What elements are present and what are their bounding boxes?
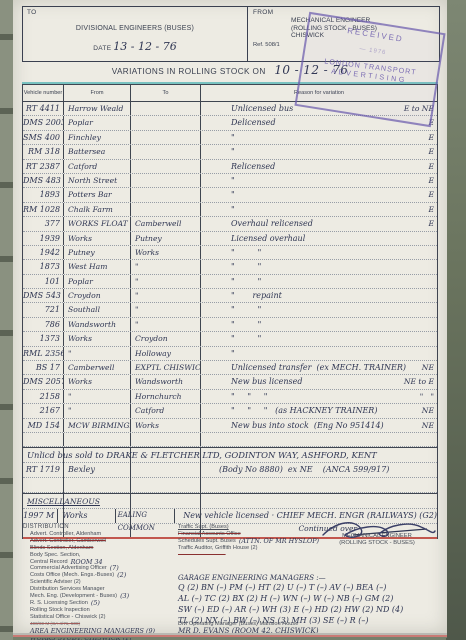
cell-licence-code	[434, 303, 437, 316]
signature-block: MECHANICAL ENGINEER (ROLLING STOCK - BUS…	[317, 533, 437, 546]
cell-from: Catford	[64, 160, 131, 173]
col-header-to: To	[131, 85, 201, 101]
table-row: 721 Southall " " "	[23, 303, 437, 317]
distribution-items: Advert. Controller, Aldenham Advert. Con…	[23, 531, 175, 640]
table-row: DMS 483 North Street " E	[23, 174, 437, 188]
cell-vehicle: RM 1028	[23, 203, 64, 216]
document-page: TO DIVISIONAL ENGINEERS (BUSES) DATE 13 …	[13, 0, 447, 633]
from-label: FROM	[253, 9, 434, 16]
sold-row: RT 1719 Bexley (Body No 8880) ex NE (ANC…	[23, 463, 437, 478]
col-header-from: From	[64, 85, 131, 101]
list-item-handwritten-note: ROOM 34	[71, 559, 103, 566]
cell-licence-code	[434, 289, 437, 302]
cell-vehicle: BS 17	[23, 361, 64, 374]
cell-to: Catford	[131, 404, 201, 417]
cell-reason	[201, 433, 231, 446]
cell-from: Harrow Weald	[64, 102, 131, 115]
cell-reason-wrap: " "	[201, 275, 437, 288]
cell-from: Potters Bar	[64, 188, 131, 201]
cell-vehicle: MD 154	[23, 419, 64, 432]
list-item-handwritten-note: (ATTN. OF MR HYSLOP)	[239, 538, 319, 545]
list-item-text: Schedules Supt. Buses	[178, 538, 236, 545]
cell-reason: Relicensed	[201, 160, 275, 173]
cell-reason-wrap: " E	[201, 145, 437, 158]
table-row: DMS 543 Croydon " " repaint	[23, 289, 437, 303]
cell-licence-code: E	[428, 131, 437, 144]
cell-vehicle: 101	[23, 275, 64, 288]
table-row: 1373 Works Croydon " "	[23, 332, 437, 346]
cell-reason: New bus licensed	[201, 375, 303, 388]
rolling-stock-table: Vehicle number From To Reason for variat…	[22, 84, 438, 539]
table-row: 2158 " Hornchurch " " " " "	[23, 390, 437, 404]
cell-reason-wrap: " repaint	[201, 289, 437, 302]
scan-backdrop-edge	[446, 0, 466, 640]
cell-reason: " "	[201, 303, 261, 316]
cell-licence-code: E	[428, 188, 437, 201]
blank-row	[23, 478, 437, 493]
cell-reason-wrap: " "	[201, 318, 437, 331]
list-item-text: Traffic Supt. (Buses)	[178, 524, 229, 531]
cell-reason-wrap: Overhaul relicensed E	[201, 217, 437, 230]
cell-reason: " " "	[201, 390, 267, 403]
cell-reason: "	[201, 188, 235, 201]
cell-vehicle: DMS 483	[23, 174, 64, 187]
cell-reason: " "	[201, 318, 261, 331]
list-item-text: Statistical Office - Chiswick (2)	[30, 614, 105, 621]
list-item: Statistical Office - Chiswick (2)	[23, 614, 175, 621]
list-item: ────────────	[178, 552, 338, 559]
cell-to: "	[131, 318, 201, 331]
date-label: DATE	[93, 45, 111, 52]
garage-code-line: Q (2) BN (–) PM (–) HT (2) U (–) T (–) A…	[178, 582, 456, 593]
cell-reason-wrap: " "	[201, 246, 437, 259]
misc-heading-row: MISCELLANEOUS	[23, 494, 437, 509]
cell-reason-wrap: " " " " "	[201, 390, 437, 403]
cell-licence-code: NE	[422, 404, 437, 417]
list-item: Scientific Adviser (2)	[23, 579, 175, 586]
cell-vehicle: 1939	[23, 232, 64, 245]
cell-reason-wrap	[201, 433, 437, 446]
cell-to	[131, 102, 201, 115]
cell-reason: Unlicensed bus	[201, 102, 293, 115]
table-row: RM 318 Battersea " E	[23, 145, 437, 159]
table-row: 1873 West Ham " " "	[23, 260, 437, 274]
garage-heading: GARAGE ENGINEERING MANAGERS :—	[178, 575, 456, 582]
cell-from: Finchley	[64, 131, 131, 144]
cell-to	[131, 433, 201, 446]
cell-licence-code: NE	[422, 419, 437, 432]
cell-to: Putney	[131, 232, 201, 245]
cell-vehicle: RT 4411	[23, 102, 64, 115]
cell-licence-code	[434, 275, 437, 288]
cell-licence-code: NE to E	[404, 375, 437, 388]
cell-from: Poplar	[64, 116, 131, 129]
garage-codes: GARAGE ENGINEERING MANAGERS :— Q (2) BN …	[178, 575, 456, 626]
cell-licence-code: E	[428, 217, 437, 230]
cell-to: Camberwell	[131, 217, 201, 230]
cell-to	[131, 160, 201, 173]
cell-from	[64, 433, 131, 446]
cell-from: Wandsworth	[64, 318, 131, 331]
list-item-handwritten-note: (5)	[91, 600, 100, 607]
cell-reason: Overhaul relicensed	[201, 217, 313, 230]
list-item-text: Mech. Eng. (Development - Buses)	[30, 593, 117, 600]
cell-vehicle: SMS 400	[23, 131, 64, 144]
cell-from: Poplar	[64, 275, 131, 288]
cell-vehicle: 377	[23, 217, 64, 230]
cell-reason-wrap: " " " (as HACKNEY TRAINER) NE	[201, 404, 437, 417]
cell-from: Works	[64, 232, 131, 245]
cell-reason-wrap: Licensed overhaul	[201, 232, 437, 245]
cell-to	[131, 203, 201, 216]
cell-reason-wrap: " "	[201, 332, 437, 345]
cell-licence-code	[434, 347, 437, 360]
cell-to: "	[131, 303, 201, 316]
list-item: Advert. Controller, Aldenham	[23, 531, 175, 538]
list-item: Costs Office (Mech. Engs.-Buses) (2)	[23, 572, 175, 579]
cell-reason: " "	[201, 275, 261, 288]
cell-from: Putney	[64, 246, 131, 259]
cell-reason: "	[201, 131, 235, 144]
cell-vehicle	[23, 433, 64, 446]
cell-to: "	[131, 275, 201, 288]
cell-reason: " " " (as HACKNEY TRAINER)	[201, 404, 377, 417]
list-item-text: Scientific Adviser (2)	[30, 579, 81, 586]
cell-reason: "	[201, 203, 235, 216]
list-item: Traffic Supt. (Buses)	[178, 524, 338, 531]
cell-from: MCW BIRMINGHAM	[64, 419, 131, 432]
sold-to	[131, 463, 201, 477]
cell-from: WORKS FLOAT	[64, 217, 131, 230]
traffic-list: Traffic Supt. (Buses) Financial Accounts…	[178, 524, 338, 559]
cell-to: "	[131, 289, 201, 302]
cell-reason-wrap: " "	[201, 260, 437, 273]
cell-from: West Ham	[64, 260, 131, 273]
sold-from: Bexley	[64, 463, 131, 477]
table-row: BS 17 Camberwell EXPTL CHISWICK Unlicens…	[23, 361, 437, 375]
cell-to: EXPTL CHISWICK	[131, 361, 201, 374]
cell-to: Hornchurch	[131, 390, 201, 403]
list-item-text: Distribution Services Manager	[30, 586, 105, 593]
list-item-handwritten-note: (3)	[120, 593, 129, 600]
cell-licence-code	[434, 318, 437, 331]
cell-reason: New bus into stock (Eng No 951414)	[201, 419, 384, 432]
table-row: RML 2356 " Holloway "	[23, 347, 437, 361]
cell-vehicle: RM 318	[23, 145, 64, 158]
list-item: Distribution Services Manager	[23, 586, 175, 593]
cell-vehicle: RT 2387	[23, 160, 64, 173]
list-item: Blinds Section, Aldenham	[23, 545, 175, 552]
table-body: RT 4411 Harrow Weald Unlicensed bus E to…	[23, 102, 437, 447]
sold-reason: (Body No 8880) ex NE (ANCA 599/917)	[201, 465, 389, 474]
list-item-text: R. S. Licensing Section	[30, 600, 88, 607]
cell-from: Works	[64, 332, 131, 345]
table-row: DMS 2003 Poplar Delicensed E	[23, 116, 437, 130]
page-bottom-edge	[13, 633, 447, 638]
table-row: RM 1028 Chalk Farm " E	[23, 203, 437, 217]
cell-reason: " "	[201, 246, 261, 259]
cell-from: "	[64, 347, 131, 360]
list-item-text: Costs Office (Mech. Engs.-Buses)	[30, 572, 114, 579]
cell-to	[131, 116, 201, 129]
sold-note-line: Unlicd bus sold to DRAKE & FLETCHER LTD,…	[27, 449, 377, 462]
misc-heading: MISCELLANEOUS	[27, 495, 100, 508]
list-item: Central Record ROOM 34	[23, 559, 175, 566]
cell-vehicle: 1893	[23, 188, 64, 201]
cell-to	[131, 131, 201, 144]
cell-reason-wrap: New bus into stock (Eng No 951414) NE	[201, 419, 437, 432]
list-item: Commercial Advertising Officer (7)	[23, 565, 175, 572]
cell-from: Battersea	[64, 145, 131, 158]
list-item-text: Advert. Controller, Aldenham	[30, 531, 101, 538]
cell-from: North Street	[64, 174, 131, 187]
cell-from: Works	[64, 375, 131, 388]
cell-to: Wandsworth	[131, 375, 201, 388]
cell-from: "	[64, 404, 131, 417]
cell-licence-code	[434, 332, 437, 345]
list-item: Schedules Supt. Buses (ATTN. OF MR HYSLO…	[178, 538, 338, 545]
cell-reason: "	[201, 145, 235, 158]
cell-reason-wrap: New bus licensed NE to E	[201, 375, 437, 388]
cell-to	[131, 188, 201, 201]
sold-vehicle: RT 1719	[23, 463, 64, 477]
cell-licence-code	[434, 433, 437, 446]
date-line: DATE 13 - 12 - 76	[27, 40, 243, 53]
list-item-text: Central Record	[30, 559, 68, 566]
cell-licence-code: " "	[420, 390, 437, 403]
list-item-text: 400/69 M (CA 4/71, 508)	[30, 621, 80, 628]
cell-vehicle: DMS 2003	[23, 116, 64, 129]
garage-code-lines: Q (2) BN (–) PM (–) HT (2) U (–) T (–) A…	[178, 582, 456, 626]
header-to-cell: TO DIVISIONAL ENGINEERS (BUSES) DATE 13 …	[23, 7, 248, 61]
cell-reason: "	[201, 347, 235, 360]
list-item-text: Rolling Stock Inspection	[30, 607, 90, 614]
cell-reason-wrap: " "	[201, 303, 437, 316]
cell-to: Holloway	[131, 347, 201, 360]
cell-to	[131, 174, 201, 187]
sold-bus-section: Unlicd bus sold to DRAKE & FLETCHER LTD,…	[23, 447, 437, 493]
table-row: 101 Poplar " " "	[23, 275, 437, 289]
list-item: R. S. Licensing Section (5)	[23, 600, 175, 607]
table-row: SMS 400 Finchley " E	[23, 131, 437, 145]
signature-scrawl	[317, 517, 437, 543]
cell-to	[131, 145, 201, 158]
list-item-text: Traffic Auditor, Griffith House (2)	[178, 545, 257, 552]
cell-reason-wrap: "	[201, 347, 437, 360]
table-row: 377 WORKS FLOAT Camberwell Overhaul reli…	[23, 217, 437, 231]
list-item-text: Advert. Controller, Camberwell	[30, 538, 106, 545]
list-item-text: Blinds Section, Aldenham	[30, 545, 93, 552]
list-item-text: Financial Accounts Office	[178, 531, 241, 538]
cell-reason-wrap: " E	[201, 174, 437, 187]
to-value: DIVISIONAL ENGINEERS (BUSES)	[27, 25, 243, 32]
cell-vehicle: 2167	[23, 404, 64, 417]
cell-to: Croydon	[131, 332, 201, 345]
cell-reason-wrap: " E	[201, 131, 437, 144]
cell-vehicle: DMS 543	[23, 289, 64, 302]
cell-from: Chalk Farm	[64, 203, 131, 216]
cell-from: Southall	[64, 303, 131, 316]
cell-from: Camberwell	[64, 361, 131, 374]
cell-from: "	[64, 390, 131, 403]
list-item-text: ────────────	[178, 552, 226, 559]
cell-vehicle: 786	[23, 318, 64, 331]
list-item: Advert. Controller, Camberwell	[23, 538, 175, 545]
table-row: 1942 Putney Works " "	[23, 246, 437, 260]
to-label: TO	[27, 9, 243, 16]
cell-reason: Licensed overhaul	[201, 232, 305, 245]
cell-licence-code	[434, 232, 437, 245]
cell-vehicle: 2158	[23, 390, 64, 403]
cell-reason: Unlicensed transfer (ex MECH. TRAINER)	[201, 361, 406, 374]
cell-licence-code: E	[428, 174, 437, 187]
cell-reason: " repaint	[201, 289, 282, 302]
table-row: 786 Wandsworth " " "	[23, 318, 437, 332]
cell-reason: " "	[201, 260, 261, 273]
list-item-handwritten-note: (2)	[117, 572, 126, 579]
cell-reason-wrap: Relicensed E	[201, 160, 437, 173]
cell-to: "	[131, 260, 201, 273]
cell-vehicle: 1942	[23, 246, 64, 259]
footer: DISTRIBUTION Advert. Controller, Aldenha…	[13, 521, 447, 633]
list-item: Traffic Auditor, Griffith House (2)	[178, 545, 338, 552]
table-row: MD 154 MCW BIRMINGHAM Works New bus into…	[23, 419, 437, 433]
table-row: 1893 Potters Bar " E	[23, 188, 437, 202]
cell-reason-wrap: " E	[201, 203, 437, 216]
table-row: DMS 2057 Works Wandsworth New bus licens…	[23, 375, 437, 389]
distribution-heading: DISTRIBUTION	[23, 524, 175, 531]
list-item: 400/69 M (CA 4/71, 508)	[23, 621, 175, 628]
cell-reason-wrap: Unlicensed transfer (ex MECH. TRAINER) N…	[201, 361, 437, 374]
cell-vehicle: 1873	[23, 260, 64, 273]
cell-to: Works	[131, 246, 201, 259]
garage-code-line: AL (–) TC (2) BX (2) H (–) WN (–) W (–) …	[178, 593, 456, 604]
col-header-vehicle: Vehicle number	[23, 85, 64, 101]
cell-vehicle: 1373	[23, 332, 64, 345]
list-item-handwritten-note: (7)	[110, 565, 119, 572]
cell-licence-code: E	[428, 203, 437, 216]
cell-vehicle: RML 2356	[23, 347, 64, 360]
garage-code-line: SW (–) ED (–) AR (–) WH (3) E (–) HD (2)…	[178, 604, 456, 615]
cell-licence-code	[434, 246, 437, 259]
list-item-text: Body Spec. Section,	[30, 552, 80, 559]
table-row: RT 2387 Catford Relicensed E	[23, 160, 437, 174]
title-printed: VARIATIONS IN ROLLING STOCK ON	[112, 67, 266, 76]
table-row: 1939 Works Putney Licensed overhaul	[23, 232, 437, 246]
list-item: Rolling Stock Inspection	[23, 607, 175, 614]
table-row: 2167 " Catford " " " (as HACKNEY TRAINER…	[23, 404, 437, 418]
cell-reason: Delicensed	[201, 116, 276, 129]
cell-reason: "	[201, 174, 235, 187]
list-item: Mech. Eng. (Development - Buses) (3)	[23, 593, 175, 600]
cell-licence-code: NE	[422, 361, 437, 374]
cell-reason-wrap: " E	[201, 188, 437, 201]
cell-vehicle: 721	[23, 303, 64, 316]
cell-from: Croydon	[64, 289, 131, 302]
binding-edge	[0, 0, 13, 640]
table-row	[23, 433, 437, 447]
cell-to: Works	[131, 419, 201, 432]
cell-licence-code	[434, 260, 437, 273]
cell-vehicle: DMS 2057	[23, 375, 64, 388]
cell-reason: " "	[201, 332, 261, 345]
cell-licence-code: E	[428, 160, 437, 173]
list-item: Body Spec. Section,	[23, 552, 175, 559]
date-value-handwritten: 13 - 12 - 76	[113, 40, 176, 53]
list-item-text: Commercial Advertising Officer	[30, 565, 107, 572]
distribution-list: DISTRIBUTION Advert. Controller, Aldenha…	[23, 524, 175, 640]
cell-licence-code: E	[428, 145, 437, 158]
